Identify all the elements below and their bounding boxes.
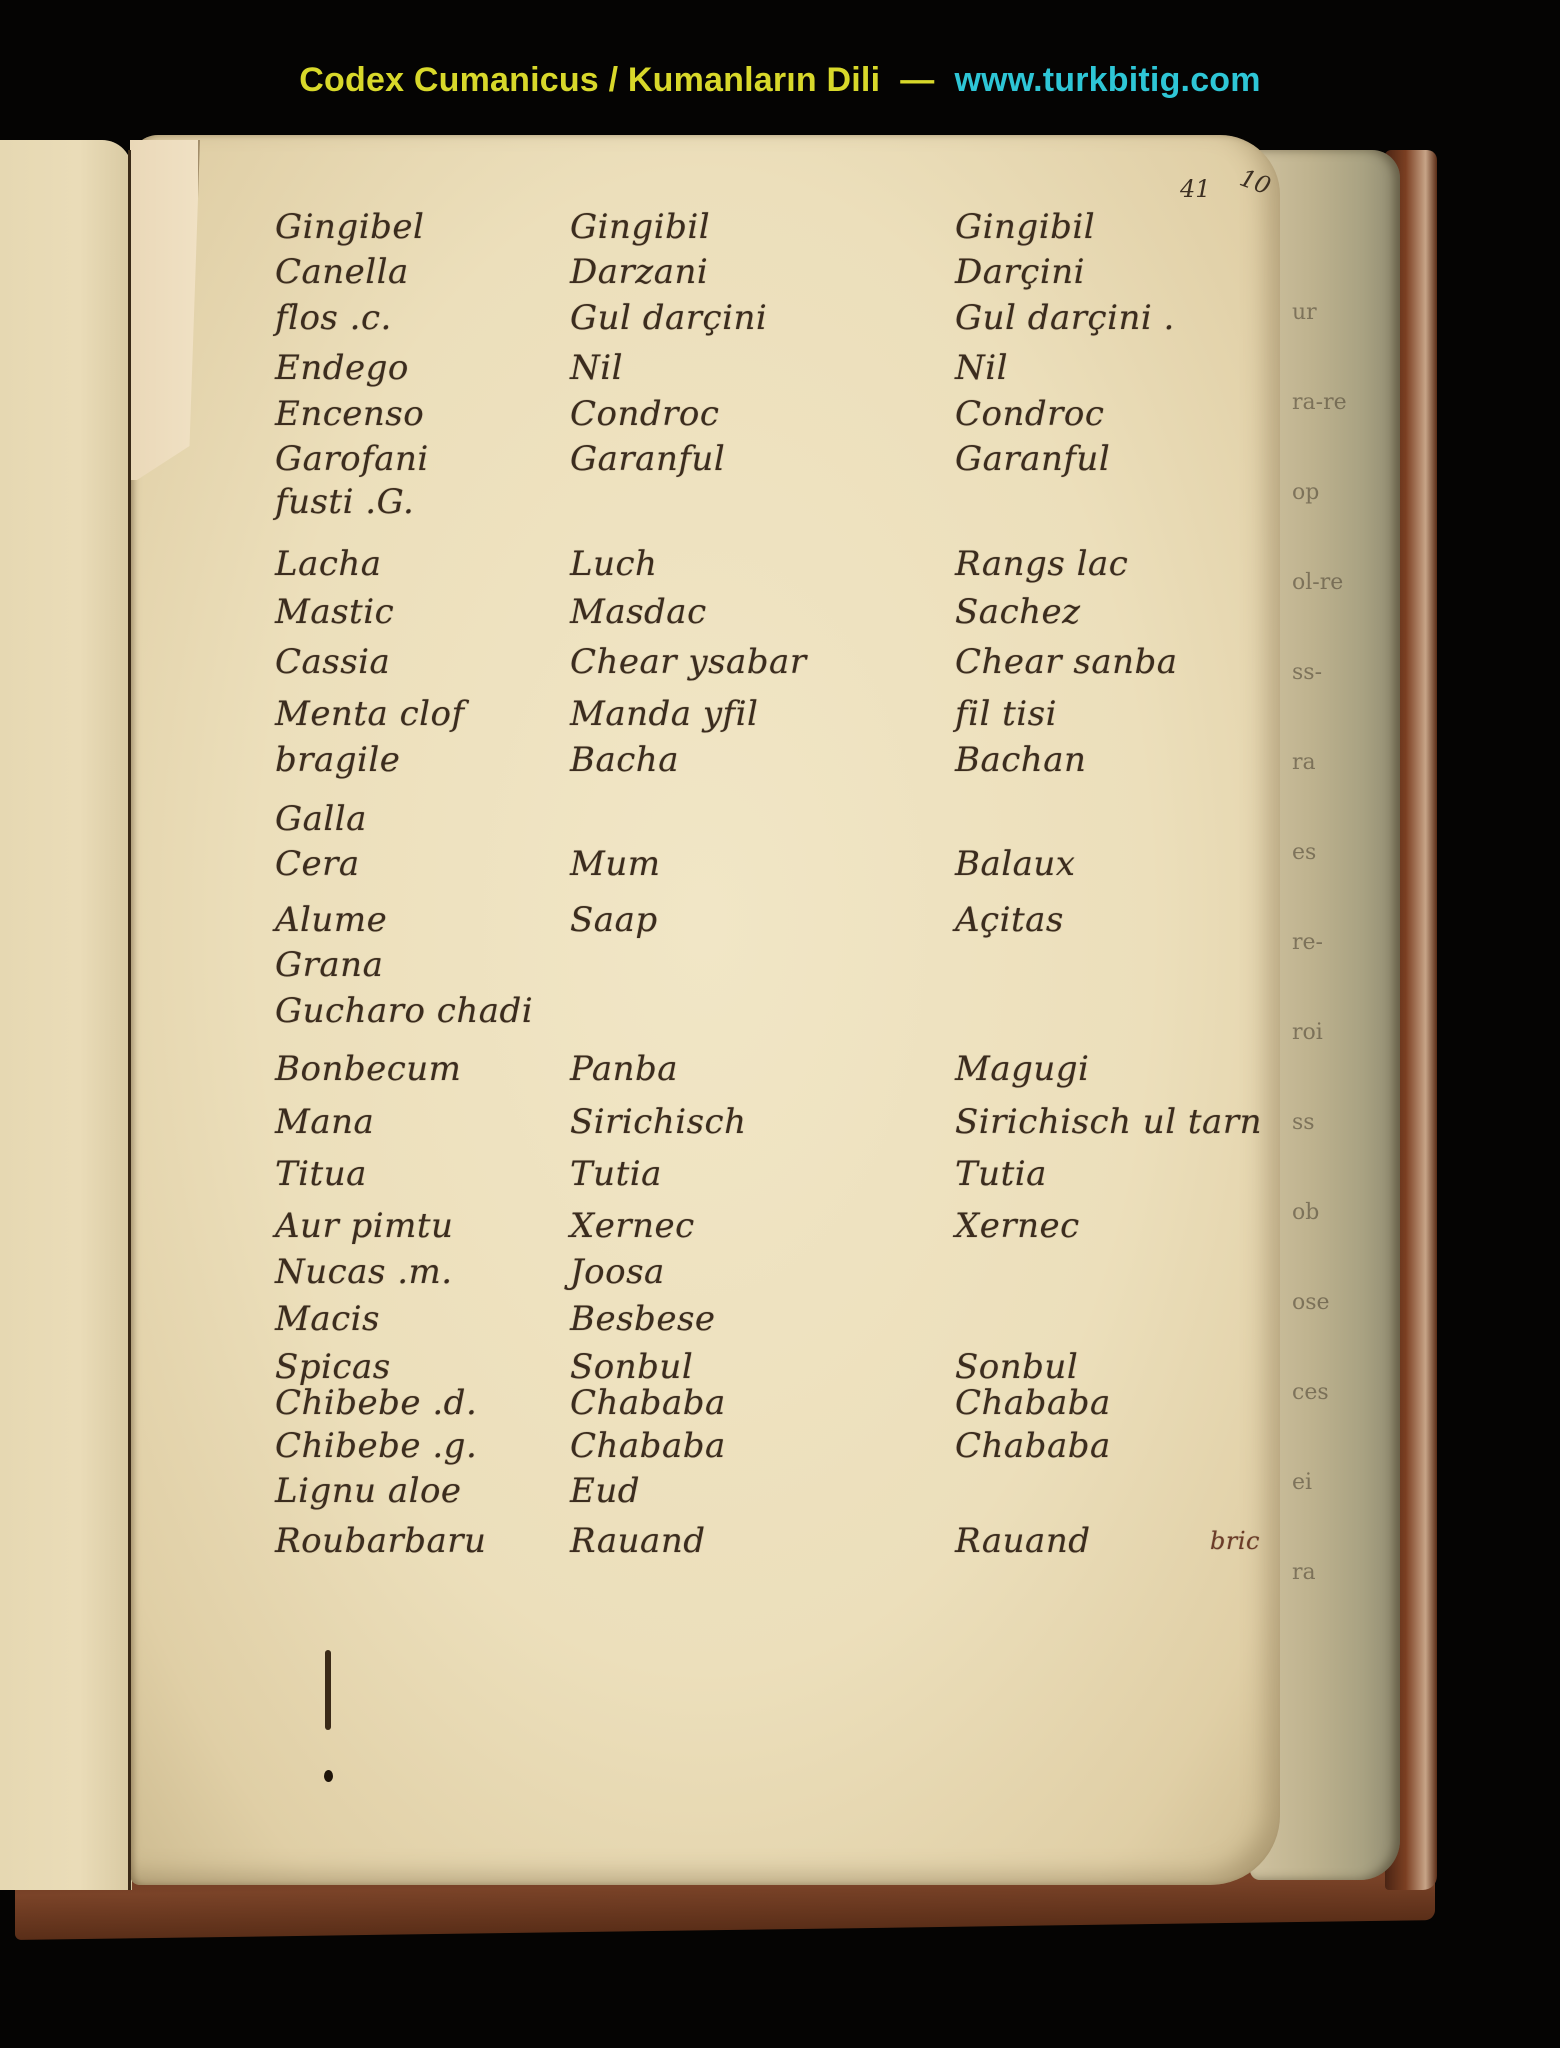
- persian-term: Xernec: [570, 1204, 695, 1248]
- glossary-row: Grana: [0, 943, 1560, 987]
- cuman-term: Garanful: [955, 437, 1110, 481]
- latin-term: Canella: [275, 250, 409, 294]
- glossary-row: Aur pimtuXernecXernec: [0, 1204, 1560, 1248]
- latin-term: Gingibel: [275, 205, 424, 249]
- glossary-row: AlumeSaapAçitas: [0, 898, 1560, 942]
- glossary-row: CeraMumBalaux: [0, 842, 1560, 886]
- cuman-term: Balaux: [955, 842, 1075, 886]
- cuman-term: Rangs lac: [955, 542, 1128, 586]
- cuman-term: Tutia: [955, 1152, 1047, 1196]
- glossary-row: BonbecumPanbaMagugi: [0, 1047, 1560, 1091]
- glossary-row: Chibebe .g.ChababaChababa: [0, 1424, 1560, 1468]
- latin-term: Mana: [275, 1100, 374, 1144]
- prick-hole: [324, 1770, 333, 1782]
- glossary-row: bragileBachaBachan: [0, 738, 1560, 782]
- latin-term: Bonbecum: [275, 1047, 461, 1091]
- persian-term: Masdac: [570, 590, 707, 634]
- cuman-term: Chababa: [955, 1424, 1111, 1468]
- cuman-term: Gul darçini .: [955, 296, 1175, 340]
- persian-term: Rauand: [570, 1519, 705, 1563]
- latin-term: Galla: [275, 797, 367, 841]
- latin-term: Lacha: [275, 542, 382, 586]
- latin-term: Alume: [275, 898, 387, 942]
- latin-term: Garofani: [275, 437, 429, 481]
- persian-term: Nil: [570, 346, 623, 390]
- glossary-row: Menta clofManda yfilfil tisi: [0, 692, 1560, 736]
- persian-term: Darzani: [570, 250, 708, 294]
- glossary-row: CassiaChear ysabarChear sanba: [0, 640, 1560, 684]
- glossary-row: TituaTutiaTutia: [0, 1152, 1560, 1196]
- persian-term: Garanful: [570, 437, 725, 481]
- latin-term: Menta clof: [275, 692, 465, 736]
- glossary-row: EndegoNilNil: [0, 346, 1560, 390]
- persian-term: Manda yfil: [570, 692, 758, 736]
- prick-mark: [325, 1650, 331, 1730]
- header-separator: —: [900, 61, 934, 100]
- margin-note: bric: [1210, 1519, 1260, 1563]
- glossary-row: fusti .G.: [0, 480, 1560, 524]
- folio-number: 41: [1180, 175, 1211, 203]
- latin-term: Endego: [275, 346, 409, 390]
- glossary-row: RoubarbaruRauandRauandbric: [0, 1519, 1560, 1563]
- glossary-row: MacisBesbese: [0, 1297, 1560, 1341]
- cuman-term: Xernec: [955, 1204, 1080, 1248]
- glossary-row: GarofaniGaranfulGaranful: [0, 437, 1560, 481]
- glossary-row: Nucas .m.Joosa: [0, 1250, 1560, 1294]
- persian-term: Condroc: [570, 392, 719, 436]
- persian-term: Chear ysabar: [570, 640, 807, 684]
- persian-term: Tutia: [570, 1152, 662, 1196]
- cuman-term: Chear sanba: [955, 640, 1178, 684]
- persian-term: Gingibil: [570, 205, 710, 249]
- latin-term: Chibebe .g.: [275, 1424, 477, 1468]
- cuman-term: Gingibil: [955, 205, 1095, 249]
- cuman-term: Condroc: [955, 392, 1104, 436]
- under-page-fragment: ra: [1292, 1560, 1316, 1585]
- latin-term: bragile: [275, 738, 400, 782]
- persian-term: Chababa: [570, 1424, 726, 1468]
- cuman-term: Darçini: [955, 250, 1085, 294]
- glossary-row: Gucharo chadi: [0, 989, 1560, 1033]
- persian-term: Luch: [570, 542, 657, 586]
- cuman-term: Sirichisch ul tarn: [955, 1100, 1262, 1144]
- persian-term: Gul darçini: [570, 296, 767, 340]
- latin-term: flos .c.: [275, 296, 392, 340]
- latin-term: Cera: [275, 842, 360, 886]
- glossary-row: flos .c.Gul darçiniGul darçini .: [0, 296, 1560, 340]
- latin-term: fusti .G.: [275, 480, 414, 524]
- persian-term: Besbese: [570, 1297, 716, 1341]
- persian-term: Bacha: [570, 738, 679, 782]
- glossary-row: Lignu aloeEud: [0, 1469, 1560, 1513]
- persian-term: Eud: [570, 1469, 640, 1513]
- glossary-row: Chibebe .d.ChababaChababa: [0, 1381, 1560, 1425]
- persian-term: Sirichisch: [570, 1100, 747, 1144]
- persian-term: Chababa: [570, 1381, 726, 1425]
- cuman-term: fil tisi: [955, 692, 1057, 736]
- glossary-row: GingibelGingibilGingibil: [0, 205, 1560, 249]
- glossary-row: ManaSirichischSirichisch ul tarn: [0, 1100, 1560, 1144]
- persian-term: Saap: [570, 898, 658, 942]
- cuman-term: Magugi: [955, 1047, 1089, 1091]
- persian-term: Panba: [570, 1047, 678, 1091]
- latin-term: Cassia: [275, 640, 390, 684]
- latin-term: Lignu aloe: [275, 1469, 462, 1513]
- latin-term: Chibebe .d.: [275, 1381, 477, 1425]
- latin-term: Macis: [275, 1297, 380, 1341]
- latin-term: Encenso: [275, 392, 424, 436]
- cuman-term: Sachez: [955, 590, 1081, 634]
- glossary-row: CanellaDarzaniDarçini: [0, 250, 1560, 294]
- latin-term: Grana: [275, 943, 383, 987]
- header-banner: Codex Cumanicus / Kumanların Dili—www.tu…: [0, 52, 1560, 108]
- cuman-term: Chababa: [955, 1381, 1111, 1425]
- glossary-row: EncensoCondrocCondroc: [0, 392, 1560, 436]
- cuman-term: Rauand: [955, 1519, 1090, 1563]
- header-title: Codex Cumanicus / Kumanların Dili: [299, 61, 880, 100]
- glossary-row: LachaLuchRangs lac: [0, 542, 1560, 586]
- glossary-row: MasticMasdacSachez: [0, 590, 1560, 634]
- cuman-term: Açitas: [955, 898, 1064, 942]
- cuman-term: Bachan: [955, 738, 1086, 782]
- latin-term: Titua: [275, 1152, 367, 1196]
- latin-term: Mastic: [275, 590, 394, 634]
- glossary-row: Galla: [0, 797, 1560, 841]
- latin-term: Aur pimtu: [275, 1204, 453, 1248]
- header-site-link[interactable]: www.turkbitig.com: [954, 61, 1260, 100]
- latin-term: Gucharo chadi: [275, 989, 533, 1033]
- latin-term: Nucas .m.: [275, 1250, 453, 1294]
- latin-term: Roubarbaru: [275, 1519, 486, 1563]
- persian-term: Joosa: [570, 1250, 665, 1294]
- persian-term: Mum: [570, 842, 660, 886]
- cuman-term: Nil: [955, 346, 1008, 390]
